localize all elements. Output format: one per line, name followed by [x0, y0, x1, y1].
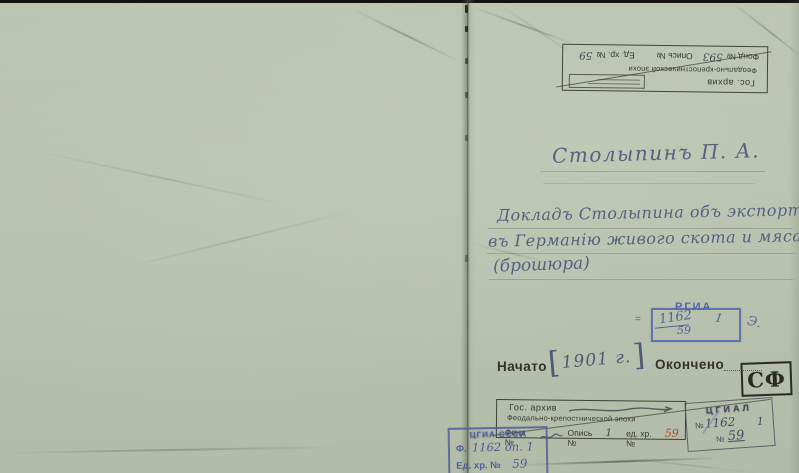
crease	[352, 8, 461, 62]
started-label: Начато	[497, 359, 547, 374]
fond-label: Ф.	[456, 444, 467, 455]
binding-stitch	[465, 255, 468, 262]
cgia-ussr-stamp: ЦГИА СССР Ф. 1162 оп. 1 Ед. хр. № 59	[448, 426, 549, 473]
ed-value: 59	[512, 456, 528, 470]
archive-stamp-org-row: Гос. архив	[563, 74, 767, 92]
cgia-ussr-title: ЦГИА СССР	[450, 429, 546, 440]
archive-stamp-org-row: Гос. архив	[497, 400, 685, 414]
binding-stitch	[465, 5, 468, 13]
ed-label: Ед. хр. №	[456, 460, 501, 472]
started-value: 1901 г.	[561, 347, 632, 373]
binding-stitch	[465, 135, 468, 141]
binding-stitch	[465, 92, 468, 98]
crease	[0, 446, 340, 453]
close-bracket: ]	[632, 341, 646, 372]
started-handwritten-date: [ 1901 г. ]	[547, 341, 646, 379]
crease	[472, 6, 576, 45]
archive-org-label: Гос. архив	[707, 78, 755, 89]
finished-label: Окончено	[655, 357, 724, 372]
guide-rule	[543, 183, 755, 184]
crease	[120, 210, 353, 270]
center-fold-line	[467, 0, 468, 473]
center-fold	[461, 0, 475, 473]
rgia-stamp: = РГИА 1162 59 1 Э.	[645, 302, 755, 342]
archive-stamp-upside-down: Гос. архив Феодально-крепостнической эпо…	[562, 44, 769, 94]
ed-label: Ед. хр. №	[596, 50, 634, 60]
cgial-ed-label: №	[716, 434, 725, 444]
handwritten-title-line1: Докладъ Столыпина объ экспорте	[497, 200, 799, 225]
binding-stitch	[465, 58, 468, 64]
handwritten-author: Столыпинъ П. А.	[552, 138, 761, 167]
sf-stamp-label: СФ	[747, 366, 786, 392]
handwritten-title-line3: (брошюра)	[493, 253, 590, 276]
scan-top-edge	[0, 0, 799, 3]
cgial-stamp: ЦГИАЛ № 1162 1 № 59	[684, 397, 775, 452]
archival-folder-cover-scan: Гос. архив Феодально-крепостнической эпо…	[0, 0, 799, 473]
guide-rule	[540, 171, 765, 172]
opis-value: 1	[605, 427, 612, 439]
guide-rule	[489, 279, 793, 280]
fond-value: 1162 оп. 1	[472, 439, 534, 454]
handwritten-title-line2: въ Германію живого скота и мяса	[488, 226, 799, 250]
cgial-no-label: №	[695, 421, 704, 431]
sf-stamp: СФ	[740, 361, 792, 397]
ed-value: 59	[579, 49, 593, 61]
binding-stitch	[465, 26, 468, 32]
crease	[35, 150, 290, 206]
open-bracket: [	[547, 348, 561, 379]
cgial-ed-value: 59	[727, 428, 745, 444]
cgial-side-value: 1	[756, 415, 764, 428]
rgia-outside-mark: Э.	[745, 314, 762, 332]
rgia-side-dashes: =	[635, 314, 641, 325]
ed-value: 59	[665, 427, 679, 440]
illegible-line	[588, 83, 640, 85]
opis-label: Опись №	[657, 51, 693, 61]
archive-org-label: Гос. архив	[509, 402, 557, 413]
guide-rule	[487, 253, 795, 254]
rgia-fraction-bottom: 59	[677, 324, 691, 337]
ed-label: ед. хр. №	[626, 428, 661, 448]
opis-label: Опись №	[567, 428, 601, 448]
